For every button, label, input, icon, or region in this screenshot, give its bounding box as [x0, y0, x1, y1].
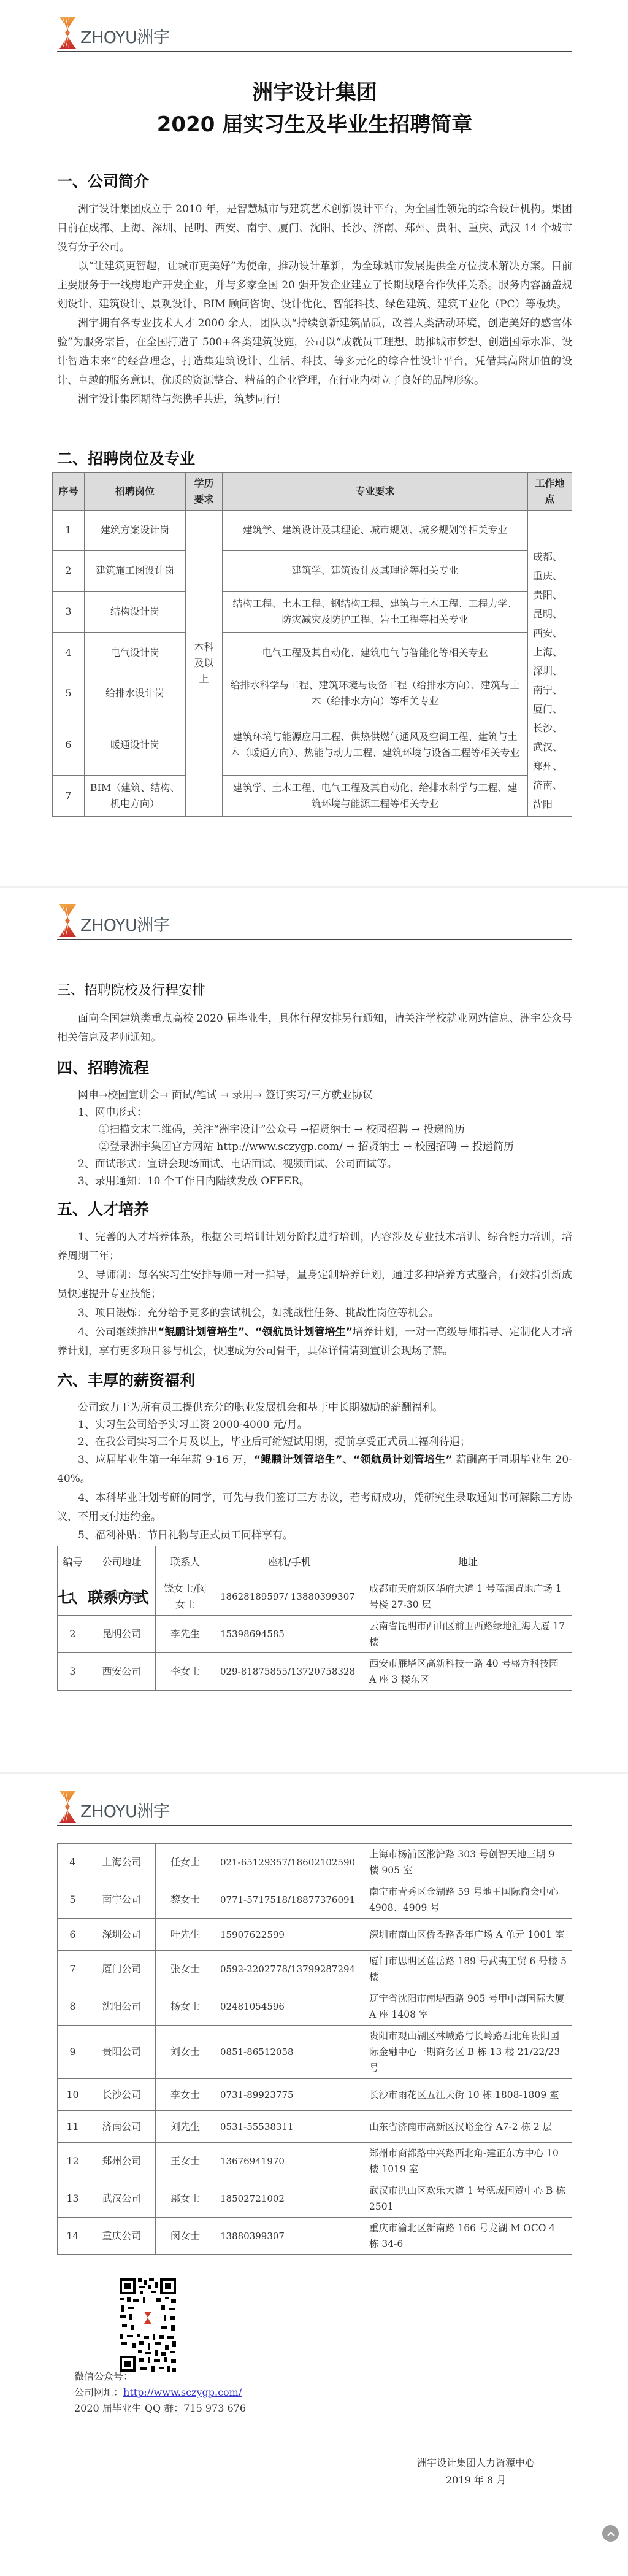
cell-phone: 029-81875855/13720758328	[215, 1653, 364, 1691]
table-row: 5 南宁公司 黎女士 0771-5717518/18877376091 南宁市青…	[58, 1881, 572, 1919]
header-logo-bar: ZHOYU洲宇	[57, 15, 572, 52]
header-logo-bar: ZHOYU洲宇	[57, 903, 572, 940]
cell-phone: 021-65129357/18602102590	[215, 1844, 364, 1881]
section-heading: 三、招聘院校及行程安排	[57, 979, 572, 1003]
col-header: 座机/手机	[215, 1546, 364, 1578]
col-header: 工作地点	[528, 473, 572, 511]
cell-no: 3	[58, 1653, 88, 1691]
cell-no: 12	[58, 2143, 88, 2180]
cell-phone: 18502721002	[215, 2180, 364, 2218]
benefit-item: 1、实习生公司给予实习工资 2000-4000 元/月。	[57, 1416, 572, 1433]
cell-address: 长沙市雨花区五江天街 10 栋 1808-1809 室	[364, 2079, 572, 2111]
table-row: 14 重庆公司 闵女士 13880399307 重庆市渝北区新南路 166 号龙…	[58, 2218, 572, 2255]
benefit-item: 3、应届毕业生第一年年薪 9-16 万，“鲲鹏计划管培生”、“领航员计划管培生”…	[57, 1451, 572, 1489]
wechat-label: 微信公众号：	[74, 2369, 246, 2385]
cell-phone: 02481054596	[215, 1988, 364, 2026]
cell-address: 重庆市渝北区新南路 166 号龙湖 M OCO 4 栋 34-6	[364, 2218, 572, 2255]
cell-office: 重庆公司	[88, 2218, 156, 2255]
table-row: 7 厦门公司 张女士 0592-2202778/13799287294 厦门市思…	[58, 1951, 572, 1988]
section-schedule: 三、招聘院校及行程安排 面向全国建筑类重点高校 2020 届毕业生，具体行程安排…	[57, 974, 572, 1616]
cell-address: 深圳市南山区侨香路香年广场 A 单元 1001 室	[364, 1919, 572, 1951]
apply-option-website: ②登录洲宇集团官方网站 http://www.sczygp.com/ → 招贤纳…	[57, 1138, 572, 1155]
cell-major: 给排水科学与工程、建筑环境与设备工程（给排水方向）、建筑与土木（给排水方向）等相…	[223, 673, 528, 714]
logo-text: ZHOYU洲宇	[80, 912, 169, 936]
text: 4、公司继续推出	[78, 1326, 158, 1338]
table-row: 7 BIM（建筑、结构、机电方向） 建筑学、土木工程、电气工程及其自动化、给排水…	[53, 776, 572, 817]
table-row: 12 郑州公司 王女士 13676941970 郑州市商都路中兴路西北角-建正东…	[58, 2143, 572, 2180]
cell-office: 济南公司	[88, 2111, 156, 2143]
program-names: “鲲鹏计划管培生”、“领航员计划管培生”	[158, 1326, 353, 1338]
cell-phone: 0592-2202778/13799287294	[215, 1951, 364, 1988]
col-header: 联系人	[156, 1546, 215, 1578]
cell-person: 李先生	[156, 1616, 215, 1653]
cell-office: 成都(总部)	[88, 1578, 156, 1616]
cell-no: 13	[58, 2180, 88, 2218]
table-row: 9 贵阳公司 刘女士 0851-86512058 贵阳市观山湖区林城路与长岭路西…	[58, 2026, 572, 2079]
cell-no: 11	[58, 2111, 88, 2143]
cell-title: 电气设计岗	[85, 632, 186, 673]
cell-office: 贵阳公司	[88, 2026, 156, 2079]
cell-no: 2	[58, 1616, 88, 1653]
signature-date: 2019 年 8 月	[417, 2472, 535, 2489]
cell-phone: 18628189597/ 13880399307	[215, 1578, 364, 1616]
cell-phone: 0731-89923775	[215, 2079, 364, 2111]
table-row: 4 上海公司 任女士 021-65129357/18602102590 上海市杨…	[58, 1844, 572, 1881]
document-title: 洲宇设计集团 2020 届实习生及毕业生招聘简章	[57, 77, 572, 141]
table-row: 11 济南公司 刘先生 0531-55538311 山东省济南市高新区汉峪金谷 …	[58, 2111, 572, 2143]
section-heading: 六、丰厚的薪资福利	[57, 1368, 572, 1393]
table-row: 1 建筑方案设计岗 本科及以上 建筑学、建筑设计及其理论、城市规划、城乡规划等相…	[53, 511, 572, 551]
cell-person: 刘先生	[156, 2111, 215, 2143]
cell-major: 结构工程、土木工程、钢结构工程、建筑与土木工程、工程力学、防灾减灾及防护工程、岩…	[223, 591, 528, 632]
cell-office: 沈阳公司	[88, 1988, 156, 2026]
cell-address: 成都市天府新区华府大道 1 号蓝润置地广场 1 号楼 27-30 层	[364, 1578, 572, 1616]
cell-person: 黎女士	[156, 1881, 215, 1919]
section-heading: 一、公司简介	[57, 169, 572, 194]
cell-address: 上海市杨浦区淞沪路 303 号创智天地三期 9 楼 905 室	[364, 1844, 572, 1881]
cell-person: 张女士	[156, 1951, 215, 1988]
intro-paragraph: 洲宇设计集团期待与您携手共进，筑梦同行！	[57, 390, 572, 409]
contacts-table-wrap-2: 4 上海公司 任女士 021-65129357/18602102590 上海市杨…	[57, 1843, 572, 2255]
table-row: 2 建筑施工图设计岗 建筑学、建筑设计及其理论等相关专业	[53, 550, 572, 591]
cell-no: 3	[53, 591, 85, 632]
cell-no: 9	[58, 2026, 88, 2079]
cell-title: 暖通设计岗	[85, 714, 186, 776]
offer-notice: 3、录用通知：10 个工作日内陆续发放 OFFER。	[57, 1173, 572, 1190]
wechat-qr-code	[118, 2277, 177, 2373]
cell-major: 建筑学、建筑设计及其理论等相关专业	[223, 550, 528, 591]
cell-office: 武汉公司	[88, 2180, 156, 2218]
cell-major: 建筑环境与能源应用工程、供热供燃气通风及空调工程、建筑与土木（暖通方向）、热能与…	[223, 714, 528, 776]
table-row: 13 武汉公司 鄢女士 18502721002 武汉市洪山区欢乐大道 1 号德成…	[58, 2180, 572, 2218]
page-2: ZHOYU洲宇 三、招聘院校及行程安排 面向全国建筑类重点高校 2020 届毕业…	[0, 888, 628, 1772]
zhoyu-logo-icon	[59, 903, 76, 938]
cell-address: 西安市雁塔区高新科技一路 40 号盛方科技园 A 座 3 楼东区	[364, 1653, 572, 1691]
intro-paragraph: 洲宇设计集团成立于 2010 年，是智慧城市与建筑艺术创新设计平台，为全国性领先…	[57, 200, 572, 257]
cell-person: 鄢女士	[156, 2180, 215, 2218]
cell-no: 6	[58, 1919, 88, 1951]
table-row: 2 昆明公司 李先生 15398694585 云南省昆明市西山区前卫西路绿地汇海…	[58, 1616, 572, 1653]
table-row: 3 西安公司 李女士 029-81875855/13720758328 西安市雁…	[58, 1653, 572, 1691]
col-header: 专业要求	[223, 473, 528, 511]
header-logo-bar: ZHOYU洲宇	[57, 1789, 572, 1826]
signature: 洲宇设计集团人力资源中心 2019 年 8 月	[417, 2455, 535, 2489]
table-row: 10 长沙公司 李女士 0731-89923775 长沙市雨花区五江天街 10 …	[58, 2079, 572, 2111]
cell-address: 山东省济南市高新区汉峪金谷 A7-2 栋 2 层	[364, 2111, 572, 2143]
cell-person: 李女士	[156, 2079, 215, 2111]
section-heading: 五、人才培养	[57, 1197, 572, 1222]
cell-person: 叶先生	[156, 1919, 215, 1951]
table-row: 3 结构设计岗 结构工程、土木工程、钢结构工程、建筑与土木工程、工程力学、防灾减…	[53, 591, 572, 632]
interview-format: 2、面试形式：宣讲会现场面试、电话面试、视频面试、公司面试等。	[57, 1155, 572, 1173]
title-line-1: 洲宇设计集团	[57, 77, 572, 109]
qr-code-icon	[118, 2277, 177, 2373]
cell-phone: 13880399307	[215, 2218, 364, 2255]
cell-no: 5	[58, 1881, 88, 1919]
benefit-item: 5、福利补贴：节日礼物与正式员工同样享有。	[57, 1527, 572, 1544]
cell-address: 郑州市商都路中兴路西北角-建正东方中心 10 楼 1019 室	[364, 2143, 572, 2180]
cell-title: 建筑施工图设计岗	[85, 550, 186, 591]
cell-no: 7	[58, 1951, 88, 1988]
section-heading: 四、招聘流程	[57, 1056, 572, 1081]
table-row: 4 电气设计岗 电气工程及其自动化、建筑电气与智能化等相关专业	[53, 632, 572, 673]
cell-no: 4	[53, 632, 85, 673]
signature-org: 洲宇设计集团人力资源中心	[417, 2455, 535, 2472]
section-intro: 一、公司简介 洲宇设计集团成立于 2010 年，是智慧城市与建筑艺术创新设计平台…	[57, 164, 572, 409]
zhoyu-logo-icon	[59, 15, 76, 50]
title-line-2: 2020 届实习生及毕业生招聘简章	[57, 109, 572, 141]
cell-person: 闵女士	[156, 2218, 215, 2255]
table-row: 1 成都(总部) 饶女士/闵女士 18628189597/ 1388039930…	[58, 1578, 572, 1616]
text: → 招贤纳士 → 校园招聘 → 投递简历	[343, 1141, 514, 1153]
process-flow: 网申→校园宣讲会→ 面试/笔试 → 录用→ 签订实习/三方就业协议	[57, 1087, 572, 1104]
chevron-up-icon	[607, 2531, 615, 2537]
table-row: 6 暖通设计岗 建筑环境与能源应用工程、供热供燃气通风及空调工程、建筑与土木（暖…	[53, 714, 572, 776]
cell-office: 深圳公司	[88, 1919, 156, 1951]
cell-education: 本科及以上	[186, 511, 223, 817]
cell-no: 10	[58, 2079, 88, 2111]
zhoyu-logo-icon	[59, 1789, 76, 1824]
col-header: 编号	[58, 1546, 88, 1578]
cell-no: 6	[53, 714, 85, 776]
cell-no: 1	[53, 511, 85, 551]
cell-phone: 0771-5717518/18877376091	[215, 1881, 364, 1919]
training-item: 1、完善的人才培养体系，根据公司培训计划分阶段进行培训，内容涉及专业技术培训、综…	[57, 1228, 572, 1266]
col-header: 学历要求	[186, 473, 223, 511]
benefits-intro: 公司致力于为所有员工提供充分的职业发展机会和基于中长期激励的薪酬福利。	[57, 1399, 572, 1416]
cell-phone: 0531-55538311	[215, 2111, 364, 2143]
positions-table: 序号 招聘岗位 学历要求 专业要求 工作地点 1 建筑方案设计岗 本科及以上 建…	[52, 472, 572, 817]
cell-no: 5	[53, 673, 85, 714]
intro-paragraph: 洲宇拥有各专业技术人才 2000 余人，团队以“持续创新建筑品质，改善人类活动环…	[57, 314, 572, 390]
footer-website-link[interactable]: http://www.sczygp.com/	[123, 2386, 242, 2398]
cell-no: 7	[53, 776, 85, 817]
intro-paragraph: 以“让建筑更智趣，让城市更美好“为使命，推动设计革新，为全球城市发展提供全方位技…	[57, 257, 572, 314]
cell-address: 厦门市思明区莲岳路 189 号武夷工贸 6 号楼 5 楼	[364, 1951, 572, 1988]
scroll-to-top-button[interactable]	[602, 2525, 619, 2542]
contacts-table: 编号 公司地址 联系人 座机/手机 地址 1 成都(总部) 饶女士/闵女士 18…	[57, 1546, 572, 1691]
cell-major: 电气工程及其自动化、建筑电气与智能化等相关专业	[223, 632, 528, 673]
cell-no: 4	[58, 1844, 88, 1881]
cell-person: 杨女士	[156, 1988, 215, 2026]
website-link[interactable]: http://www.sczygp.com/	[216, 1141, 342, 1153]
cell-office: 厦门公司	[88, 1951, 156, 1988]
contacts-table-continued: 4 上海公司 任女士 021-65129357/18602102590 上海市杨…	[57, 1843, 572, 2255]
cell-no: 14	[58, 2218, 88, 2255]
benefit-item: 4、本科毕业计划考研的同学，可先与我们签订三方协议，若考研成功，凭研究生录取通知…	[57, 1489, 572, 1527]
positions-table-wrap: 序号 招聘岗位 学历要求 专业要求 工作地点 1 建筑方案设计岗 本科及以上 建…	[52, 472, 572, 817]
benefit-item: 2、在我公司实习三个月及以上，毕业后可缩短试用期，提前享受正式员工福利待遇；	[57, 1433, 572, 1451]
apply-option-wechat: ①扫描文末二维码，关注“洲宇设计”公众号 →招贤纳士 → 校园招聘 → 投递简历	[57, 1121, 572, 1138]
schedule-text: 面向全国建筑类重点高校 2020 届毕业生，具体行程安排另行通知，请关注学校就业…	[57, 1009, 572, 1047]
cell-title: BIM（建筑、结构、机电方向）	[85, 776, 186, 817]
program-names: “鲲鹏计划管培生”、“领航员计划管培生”	[254, 1454, 453, 1466]
training-item: 3、项目锻炼：充分给予更多的尝试机会，如挑战性任务、挑战性岗位等机会。	[57, 1304, 572, 1323]
cell-title: 给排水设计岗	[85, 673, 186, 714]
contacts-table-wrap-1: 编号 公司地址 联系人 座机/手机 地址 1 成都(总部) 饶女士/闵女士 18…	[57, 1546, 572, 1691]
apply-label: 1、网申形式：	[57, 1104, 572, 1121]
cell-office: 上海公司	[88, 1844, 156, 1881]
cell-title: 建筑方案设计岗	[85, 511, 186, 551]
table-row: 5 给排水设计岗 给排水科学与工程、建筑环境与设备工程（给排水方向）、建筑与土木…	[53, 673, 572, 714]
cell-person: 李女士	[156, 1653, 215, 1691]
cell-phone: 13676941970	[215, 2143, 364, 2180]
cell-office: 郑州公司	[88, 2143, 156, 2180]
col-header: 地址	[364, 1546, 572, 1578]
logo-text: ZHOYU洲宇	[80, 24, 169, 48]
cell-person: 饶女士/闵女士	[156, 1578, 215, 1616]
footer-contact-info: 微信公众号： 公司网址：http://www.sczygp.com/ 2020 …	[74, 2369, 246, 2416]
cell-address: 辽宁省沈阳市南堤西路 905 号甲中海国际大厦 A 座 1408 室	[364, 1988, 572, 2026]
cell-no: 2	[53, 550, 85, 591]
col-header: 序号	[53, 473, 85, 511]
cell-phone: 15907622599	[215, 1919, 364, 1951]
table-row: 6 深圳公司 叶先生 15907622599 深圳市南山区侨香路香年广场 A 单…	[58, 1919, 572, 1951]
cell-person: 王女士	[156, 2143, 215, 2180]
cell-office: 昆明公司	[88, 1616, 156, 1653]
cell-person: 任女士	[156, 1844, 215, 1881]
cell-major: 建筑学、土木工程、电气工程及其自动化、给排水科学与工程、建筑环境与能源工程等相关…	[223, 776, 528, 817]
text: 3、应届毕业生第一年年薪 9-16 万，	[78, 1454, 254, 1466]
cell-address: 贵阳市观山湖区林城路与长岭路西北角贵阳国际金融中心一期商务区 B 栋 13 楼 …	[364, 2026, 572, 2079]
website-line: 公司网址：http://www.sczygp.com/	[74, 2385, 246, 2401]
training-item: 2、导师制：每名实习生安排导师一对一指导，量身定制培养计划，通过多种培养方式整合…	[57, 1266, 572, 1304]
cell-phone: 0851-86512058	[215, 2026, 364, 2079]
cell-office: 南宁公司	[88, 1881, 156, 1919]
logo-text: ZHOYU洲宇	[80, 1798, 169, 1822]
cell-major: 建筑学、建筑设计及其理论、城市规划、城乡规划等相关专业	[223, 511, 528, 551]
text: ②登录洲宇集团官方网站	[99, 1141, 216, 1153]
cell-no: 8	[58, 1988, 88, 2026]
cell-address: 南宁市青秀区金湖路 59 号地王国际商会中心 4908、4909 号	[364, 1881, 572, 1919]
training-item: 4、公司继续推出“鲲鹏计划管培生”、“领航员计划管培生”培养计划，一对一高级导师…	[57, 1323, 572, 1361]
table-row: 8 沈阳公司 杨女士 02481054596 辽宁省沈阳市南堤西路 905 号甲…	[58, 1988, 572, 2026]
cell-office: 西安公司	[88, 1653, 156, 1691]
cell-phone: 15398694585	[215, 1616, 364, 1653]
section-heading: 二、招聘岗位及专业	[57, 447, 572, 471]
website-label: 公司网址：	[74, 2386, 123, 2398]
cell-no: 1	[58, 1578, 88, 1616]
cell-address: 云南省昆明市西山区前卫西路绿地汇海大厦 17 楼	[364, 1616, 572, 1653]
col-header: 招聘岗位	[85, 473, 186, 511]
page-1: ZHOYU洲宇 洲宇设计集团 2020 届实习生及毕业生招聘简章 一、公司简介 …	[0, 0, 628, 886]
cell-title: 结构设计岗	[85, 591, 186, 632]
cell-address: 武汉市洪山区欢乐大道 1 号德成国贸中心 B 栋 2501	[364, 2180, 572, 2218]
cell-office: 长沙公司	[88, 2079, 156, 2111]
cell-person: 刘女士	[156, 2026, 215, 2079]
cell-locations: 成都、重庆、贵阳、昆明、西安、上海、深圳、南宁、厦门、长沙、武汉、郑州、济南、沈…	[528, 511, 572, 817]
col-header: 公司地址	[88, 1546, 156, 1578]
qq-group: 2020 届毕业生 QQ 群：715 973 676	[74, 2401, 246, 2416]
